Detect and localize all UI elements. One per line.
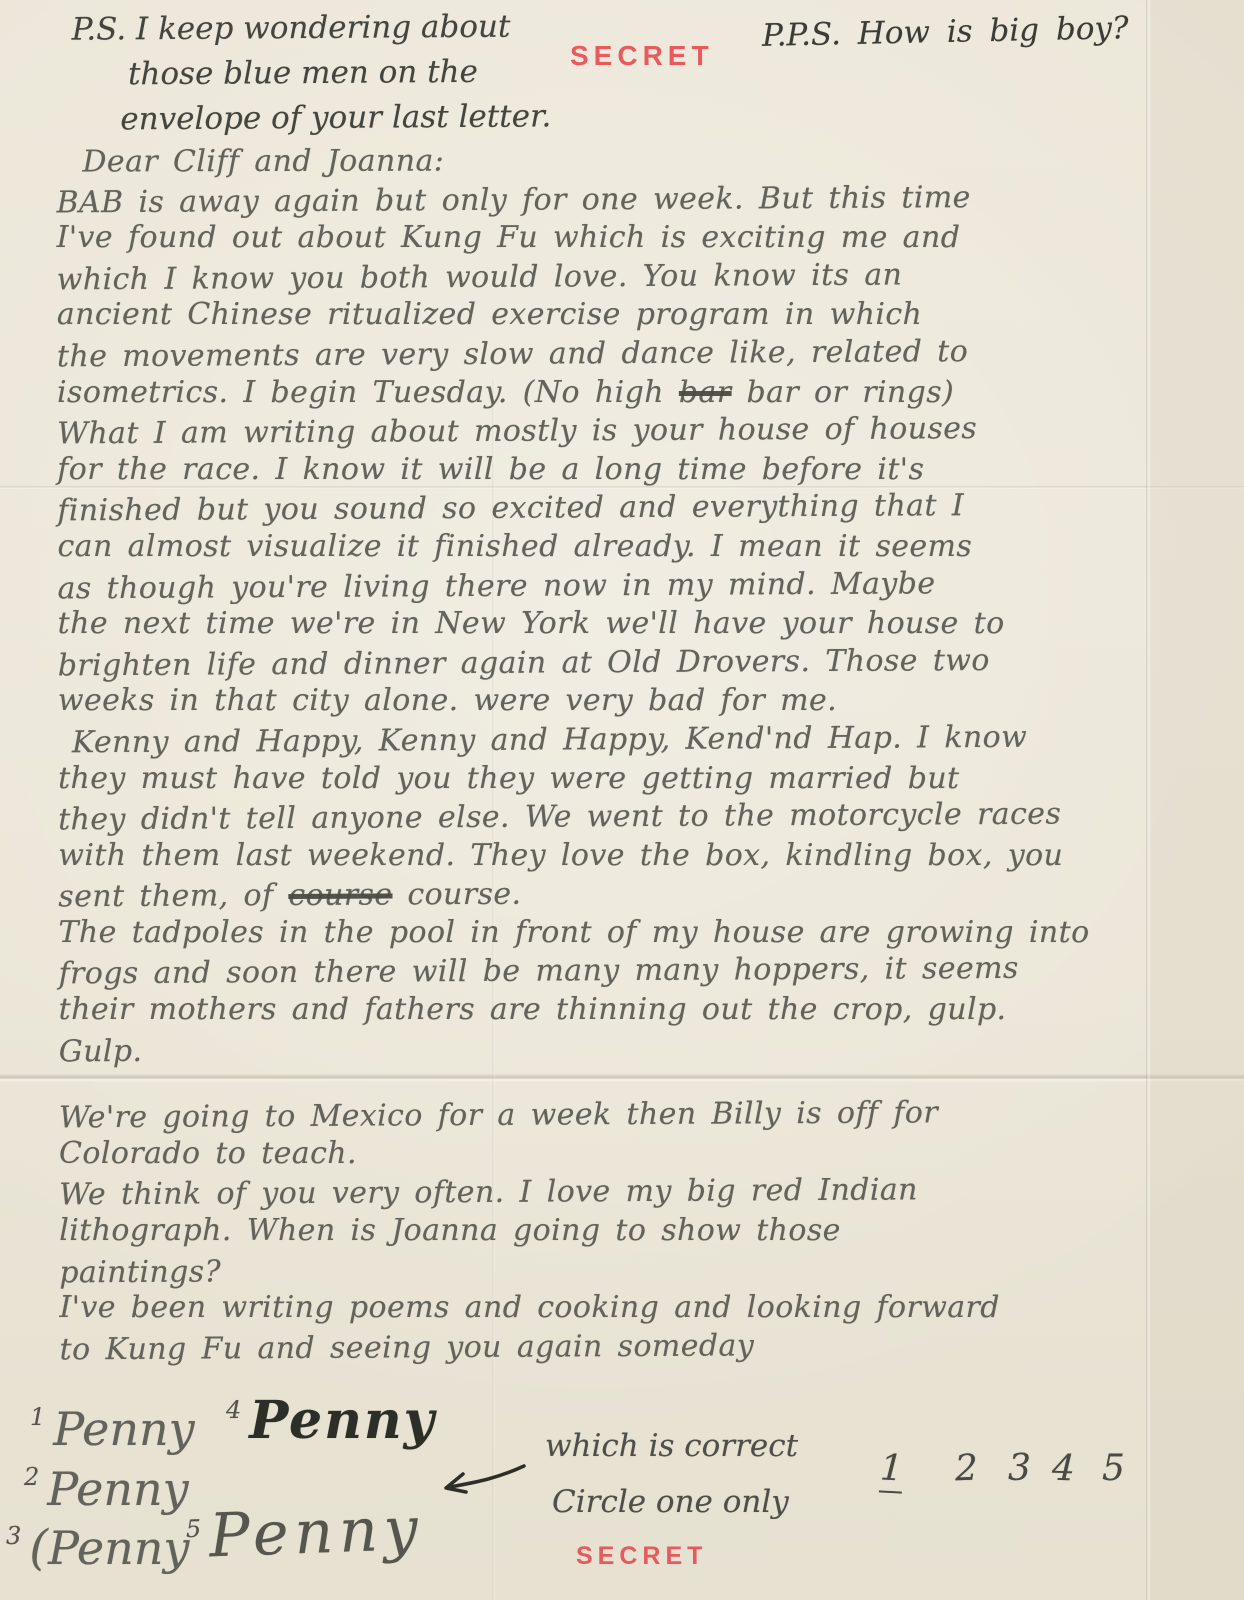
signature-number: 5 xyxy=(185,1515,201,1544)
signature-number: 2 xyxy=(24,1463,39,1491)
letter-body-lines: BAB is away again but only for one week.… xyxy=(57,179,1230,1368)
letter-page: P.S. I keep wondering about those blue m… xyxy=(0,0,1244,1600)
signature-2: 2Penny xyxy=(24,1462,189,1516)
letter-line: lithograph. When is Joanna going to show… xyxy=(59,1212,1229,1251)
crossed-out-word: course xyxy=(288,878,392,914)
signature-1: 1Penny xyxy=(30,1402,195,1456)
letter-line: I've found out about Kung Fu which is ex… xyxy=(57,219,1227,258)
option-5: 5 xyxy=(1102,1448,1125,1489)
letter-line: which I know you both would love. You kn… xyxy=(57,254,1227,299)
question-instruction: Circle one only xyxy=(552,1484,789,1520)
letter-line: finished but you sound so excited and ev… xyxy=(57,486,1227,531)
ps-note: P.S. I keep wondering about those blue m… xyxy=(72,4,552,142)
signature-number: 3 xyxy=(6,1522,21,1550)
option-3: 3 xyxy=(1008,1448,1031,1489)
pps-note: P.P.S. How is big boy? xyxy=(762,10,1129,54)
letter-body: Dear Cliff and Joanna: BAB is away again… xyxy=(56,140,1229,1367)
signature-name: Penny xyxy=(53,1402,194,1456)
option-4: 4 xyxy=(1051,1448,1075,1490)
letter-line: frogs and soon there will be many many h… xyxy=(58,949,1228,994)
letter-line: for the race. I know it will be a long t… xyxy=(57,451,1227,490)
letter-line: We think of you very often. I love my bi… xyxy=(59,1170,1229,1215)
signature-number: 4 xyxy=(226,1396,241,1424)
letter-line: BAB is away again but only for one week.… xyxy=(56,177,1226,222)
letter-line: the next time we're in New York we'll ha… xyxy=(58,605,1228,644)
crossed-out-word: bar xyxy=(679,375,732,410)
letter-line: can almost visualize it finished already… xyxy=(57,528,1227,567)
question-prompt: which is correct xyxy=(545,1428,798,1464)
letter-line: Colorado to teach. xyxy=(59,1135,1229,1174)
letter-line: they didn't tell anyone else. We went to… xyxy=(58,795,1228,840)
letter-line xyxy=(59,1068,1229,1096)
signature-3: 3(Penny xyxy=(6,1520,189,1576)
letter-line: brighten life and dinner again at Old Dr… xyxy=(58,640,1228,685)
option-2: 2 xyxy=(954,1448,978,1490)
ps-note-line: those blue men on the xyxy=(72,49,551,97)
arrow-left-icon xyxy=(436,1458,528,1506)
letter-line: they must have told you they were gettin… xyxy=(58,759,1228,798)
signature-number: 1 xyxy=(30,1403,45,1431)
secret-stamp-top: SECRET xyxy=(570,40,714,72)
letter-line: I've been writing poems and cooking and … xyxy=(59,1289,1229,1328)
letter-line: We're going to Mexico for a week then Bi… xyxy=(59,1093,1229,1138)
letter-line: Kenny and Happy, Kenny and Happy, Kend'n… xyxy=(58,718,1228,763)
letter-line: sent them, of course course. xyxy=(58,872,1228,917)
signature-name: Penny xyxy=(249,1390,436,1451)
letter-line: paintings? xyxy=(59,1247,1229,1292)
letter-line: to Kung Fu and seeing you again someday xyxy=(59,1324,1229,1369)
signature-4: 4Penny xyxy=(226,1390,436,1451)
signature-name: Penny xyxy=(48,1521,189,1575)
letter-line: isometrics. I begin Tuesday. (No high ba… xyxy=(57,373,1227,412)
letter-line: with them last weekend. They love the bo… xyxy=(58,837,1228,876)
secret-stamp-bottom: SECRET xyxy=(576,1542,707,1571)
signature-name: Penny xyxy=(47,1462,188,1516)
letter-line: What I am writing about mostly is your h… xyxy=(57,409,1227,454)
letter-line: Gulp. xyxy=(59,1026,1229,1071)
pen-mark-paren: ( xyxy=(29,1520,48,1576)
signature-name: Penny xyxy=(208,1494,425,1571)
ps-note-line: P.S. I keep wondering about xyxy=(72,4,551,52)
letter-line: their mothers and fathers are thinning o… xyxy=(59,991,1229,1030)
letter-line: the movements are very slow and dance li… xyxy=(57,332,1227,377)
signature-5: 5Penny xyxy=(185,1494,425,1572)
letter-line: as though you're living there now in my … xyxy=(57,563,1227,608)
letter-line: weeks in that city alone. were very bad … xyxy=(58,682,1228,721)
ps-note-line: envelope of your last letter. xyxy=(72,94,551,142)
letter-line: The tadpoles in the pool in front of my … xyxy=(58,914,1228,953)
letter-line: ancient Chinese ritualized exercise prog… xyxy=(57,296,1227,335)
option-1: 1 xyxy=(879,1447,904,1493)
salutation: Dear Cliff and Joanna: xyxy=(56,140,1226,182)
